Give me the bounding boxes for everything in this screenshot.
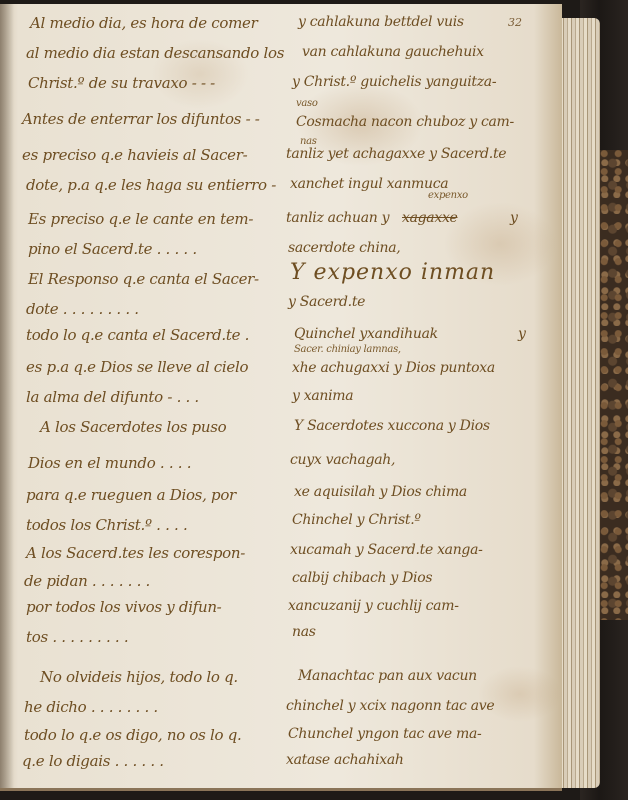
manuscript-scan: 32 Al medio dia, es hora de comeral medi… xyxy=(0,0,628,800)
translation-text-line: xagaxxe xyxy=(402,210,458,226)
translation-text-line: expenxo xyxy=(428,190,468,201)
spanish-text-line: es preciso q.e havieis al Sacer- xyxy=(22,146,247,164)
spanish-text-line: q.e lo digais . . . . . . xyxy=(22,752,164,770)
translation-text-line: Chunchel yngon tac ave ma- xyxy=(288,726,481,742)
translation-text-line: y xanima xyxy=(292,388,353,404)
marbled-endpaper xyxy=(600,150,628,620)
translation-text-line: Y expenxo inman xyxy=(290,260,495,285)
spanish-text-line: la alma del difunto - . . . xyxy=(26,388,199,406)
spanish-text-line: A los Sacerd.tes les corespon- xyxy=(26,544,245,562)
translation-text-line: xatase achahixah xyxy=(286,752,404,768)
translation-text-line: cuyx vachagah, xyxy=(290,452,395,468)
translation-text-line: y cahlakuna bettdel vuis xyxy=(298,14,464,30)
spanish-text-line: Al medio dia, es hora de comer xyxy=(30,14,257,32)
spanish-text-line: dote . . . . . . . . . xyxy=(26,300,139,318)
spanish-text-line: por todos los vivos y difun- xyxy=(26,598,221,616)
translation-text-line: Y Sacerdotes xuccona y Dios xyxy=(294,418,490,434)
translation-text-line: Cosmacha nacon chuboz y cam- xyxy=(296,114,514,130)
translation-text-line: tanliz yet achagaxxe y Sacerd.te xyxy=(286,146,506,162)
translation-text-line: Manachtac pan aux vacun xyxy=(298,668,477,684)
spanish-text-line: Dios en el mundo . . . . xyxy=(28,454,191,472)
spanish-text-line: No olvideis hijos, todo lo q. xyxy=(40,668,238,686)
spanish-text-line: Christ.º de su travaxo - - - xyxy=(28,74,215,92)
translation-text-line: y xyxy=(510,210,518,226)
spanish-text-line: Es preciso q.e le cante en tem- xyxy=(28,210,253,228)
translation-text-line: sacerdote china, xyxy=(288,240,400,256)
translation-text-line: vaso xyxy=(296,98,318,109)
translation-text-line: y Christ.º guichelis yanguitza- xyxy=(292,74,496,90)
spanish-text-line: al medio dia estan descansando los xyxy=(26,44,284,62)
translation-text-line: Quinchel yxandihuak xyxy=(294,326,438,342)
spanish-text-line: he dicho . . . . . . . . xyxy=(24,698,158,716)
right-column-translation: y cahlakuna bettdel vuisvan cahlakuna ga… xyxy=(282,4,554,788)
spanish-text-line: todo lo q.e os digo, no os lo q. xyxy=(24,726,241,744)
translation-text-line: calbij chibach y Dios xyxy=(292,570,432,586)
spanish-text-line: Antes de enterrar los difuntos - - xyxy=(22,110,260,128)
spanish-text-line: dote, p.a q.e les haga su entierro - xyxy=(26,176,276,194)
translation-text-line: van cahlakuna gauchehuix xyxy=(302,44,484,60)
translation-text-line: tanliz achuan y xyxy=(286,210,389,226)
spanish-text-line: tos . . . . . . . . . xyxy=(26,628,128,646)
translation-text-line: xucamah y Sacerd.te xanga- xyxy=(290,542,483,558)
spanish-text-line: todos los Christ.º . . . . xyxy=(26,516,187,534)
translation-text-line: xhe achugaxxi y Dios puntoxa xyxy=(292,360,495,376)
translation-text-line: xe aquisilah y Dios chima xyxy=(294,484,467,500)
spanish-text-line: de pidan . . . . . . . xyxy=(24,572,150,590)
spanish-text-line: pino el Sacerd.te . . . . . xyxy=(28,240,197,258)
gutter-shadow xyxy=(0,4,14,788)
spanish-text-line: El Responso q.e canta el Sacer- xyxy=(28,270,259,288)
translation-text-line: Chinchel y Christ.º xyxy=(292,512,421,528)
translation-text-line: xancuzanij y cuchlij cam- xyxy=(288,598,459,614)
translation-text-line: Sacer. chiniay lamnas, xyxy=(294,344,401,355)
translation-text-line: xanchet ingul xanmuca xyxy=(290,176,448,192)
left-column-spanish: Al medio dia, es hora de comeral medio d… xyxy=(0,4,290,788)
translation-text-line: y xyxy=(518,326,526,342)
translation-text-line: chinchel y xcix nagonn tac ave xyxy=(286,698,494,714)
spanish-text-line: es p.a q.e Dios se lleve al cielo xyxy=(26,358,248,376)
spanish-text-line: para q.e rueguen a Dios, por xyxy=(26,486,236,504)
spanish-text-line: A los Sacerdotes los puso xyxy=(40,418,226,436)
translation-text-line: nas xyxy=(292,624,316,640)
spanish-text-line: todo lo q.e canta el Sacerd.te . xyxy=(26,326,249,344)
manuscript-page: 32 Al medio dia, es hora de comeral medi… xyxy=(0,4,562,791)
translation-text-line: y Sacerd.te xyxy=(288,294,365,310)
